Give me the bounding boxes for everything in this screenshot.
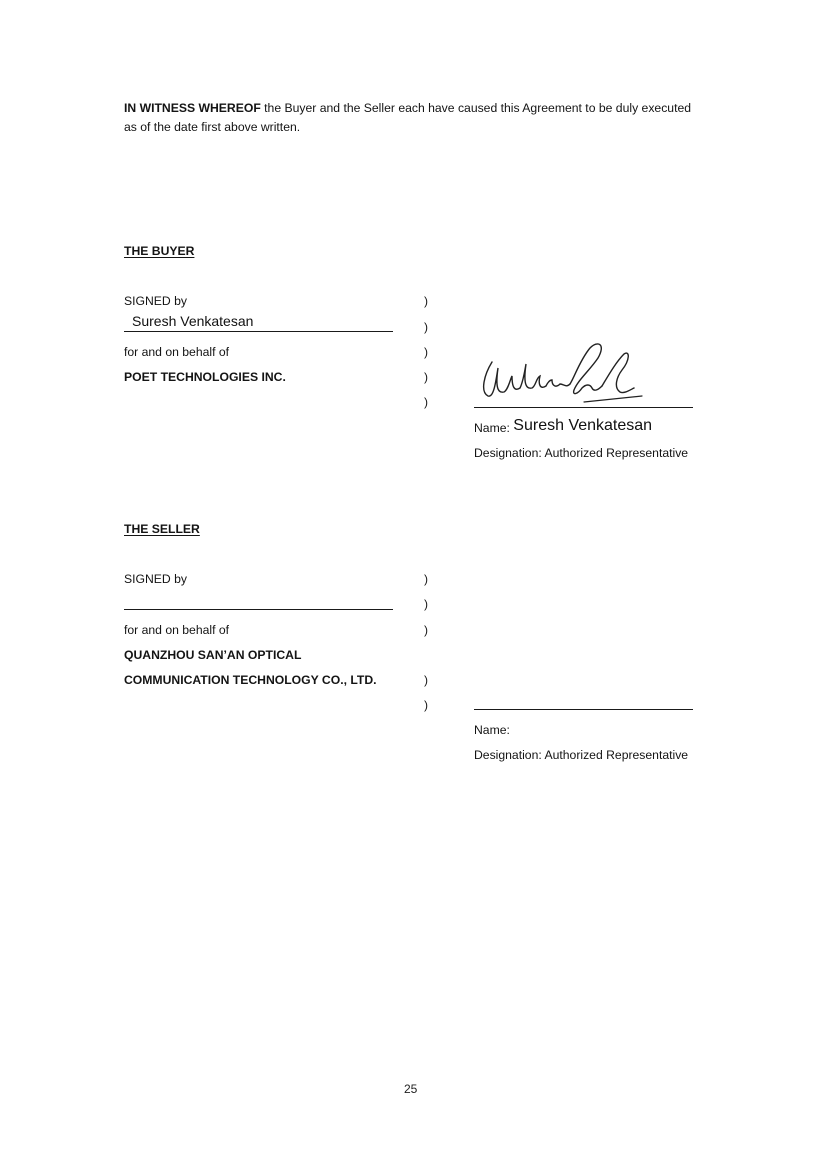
buyer-paren-5: )	[424, 395, 428, 409]
seller-company-line2: COMMUNICATION TECHNOLOGY CO., LTD.	[124, 673, 377, 688]
buyer-signatory-line	[124, 331, 393, 332]
document-page: IN WITNESS WHEREOF the Buyer and the Sel…	[0, 0, 824, 1165]
buyer-signatory-name-field[interactable]: Suresh Venkatesan	[132, 313, 253, 329]
seller-signed-by-label: SIGNED by	[124, 572, 187, 587]
seller-signatory-line[interactable]	[124, 609, 393, 610]
seller-name-label: Name:	[474, 723, 510, 737]
seller-signature-line[interactable]	[474, 709, 693, 710]
buyer-name-value[interactable]: Suresh Venkatesan	[513, 417, 652, 434]
buyer-paren-2: )	[424, 320, 428, 334]
seller-on-behalf-label: for and on behalf of	[124, 623, 229, 638]
buyer-paren-1: )	[424, 294, 428, 308]
witness-clause-line1: IN WITNESS WHEREOF the Buyer and the Sel…	[124, 101, 691, 116]
buyer-on-behalf-label: for and on behalf of	[124, 345, 229, 360]
seller-heading: THE SELLER	[124, 522, 200, 537]
seller-paren-5: )	[424, 698, 428, 712]
buyer-heading: THE BUYER	[124, 244, 194, 259]
buyer-name-row: Name: Suresh Venkatesan	[474, 420, 652, 436]
buyer-company: POET TECHNOLOGIES INC.	[124, 370, 286, 385]
buyer-designation: Designation: Authorized Representative	[474, 446, 688, 461]
witness-lead: IN WITNESS WHEREOF	[124, 101, 261, 115]
buyer-signature-image	[474, 340, 649, 410]
seller-paren-3: )	[424, 623, 428, 637]
buyer-signed-by-label: SIGNED by	[124, 294, 187, 309]
buyer-paren-4: )	[424, 370, 428, 384]
seller-paren-4: )	[424, 673, 428, 687]
buyer-signature-line	[474, 407, 693, 408]
witness-rest: the Buyer and the Seller each have cause…	[261, 101, 691, 115]
seller-paren-1: )	[424, 572, 428, 586]
buyer-name-label: Name:	[474, 421, 510, 435]
seller-name-row: Name:	[474, 723, 510, 738]
page-number: 25	[404, 1082, 417, 1096]
seller-company-line1: QUANZHOU SAN’AN OPTICAL	[124, 648, 301, 663]
witness-clause-line2: as of the date first above written.	[124, 120, 300, 135]
seller-paren-2: )	[424, 597, 428, 611]
seller-designation: Designation: Authorized Representative	[474, 748, 688, 763]
buyer-paren-3: )	[424, 345, 428, 359]
